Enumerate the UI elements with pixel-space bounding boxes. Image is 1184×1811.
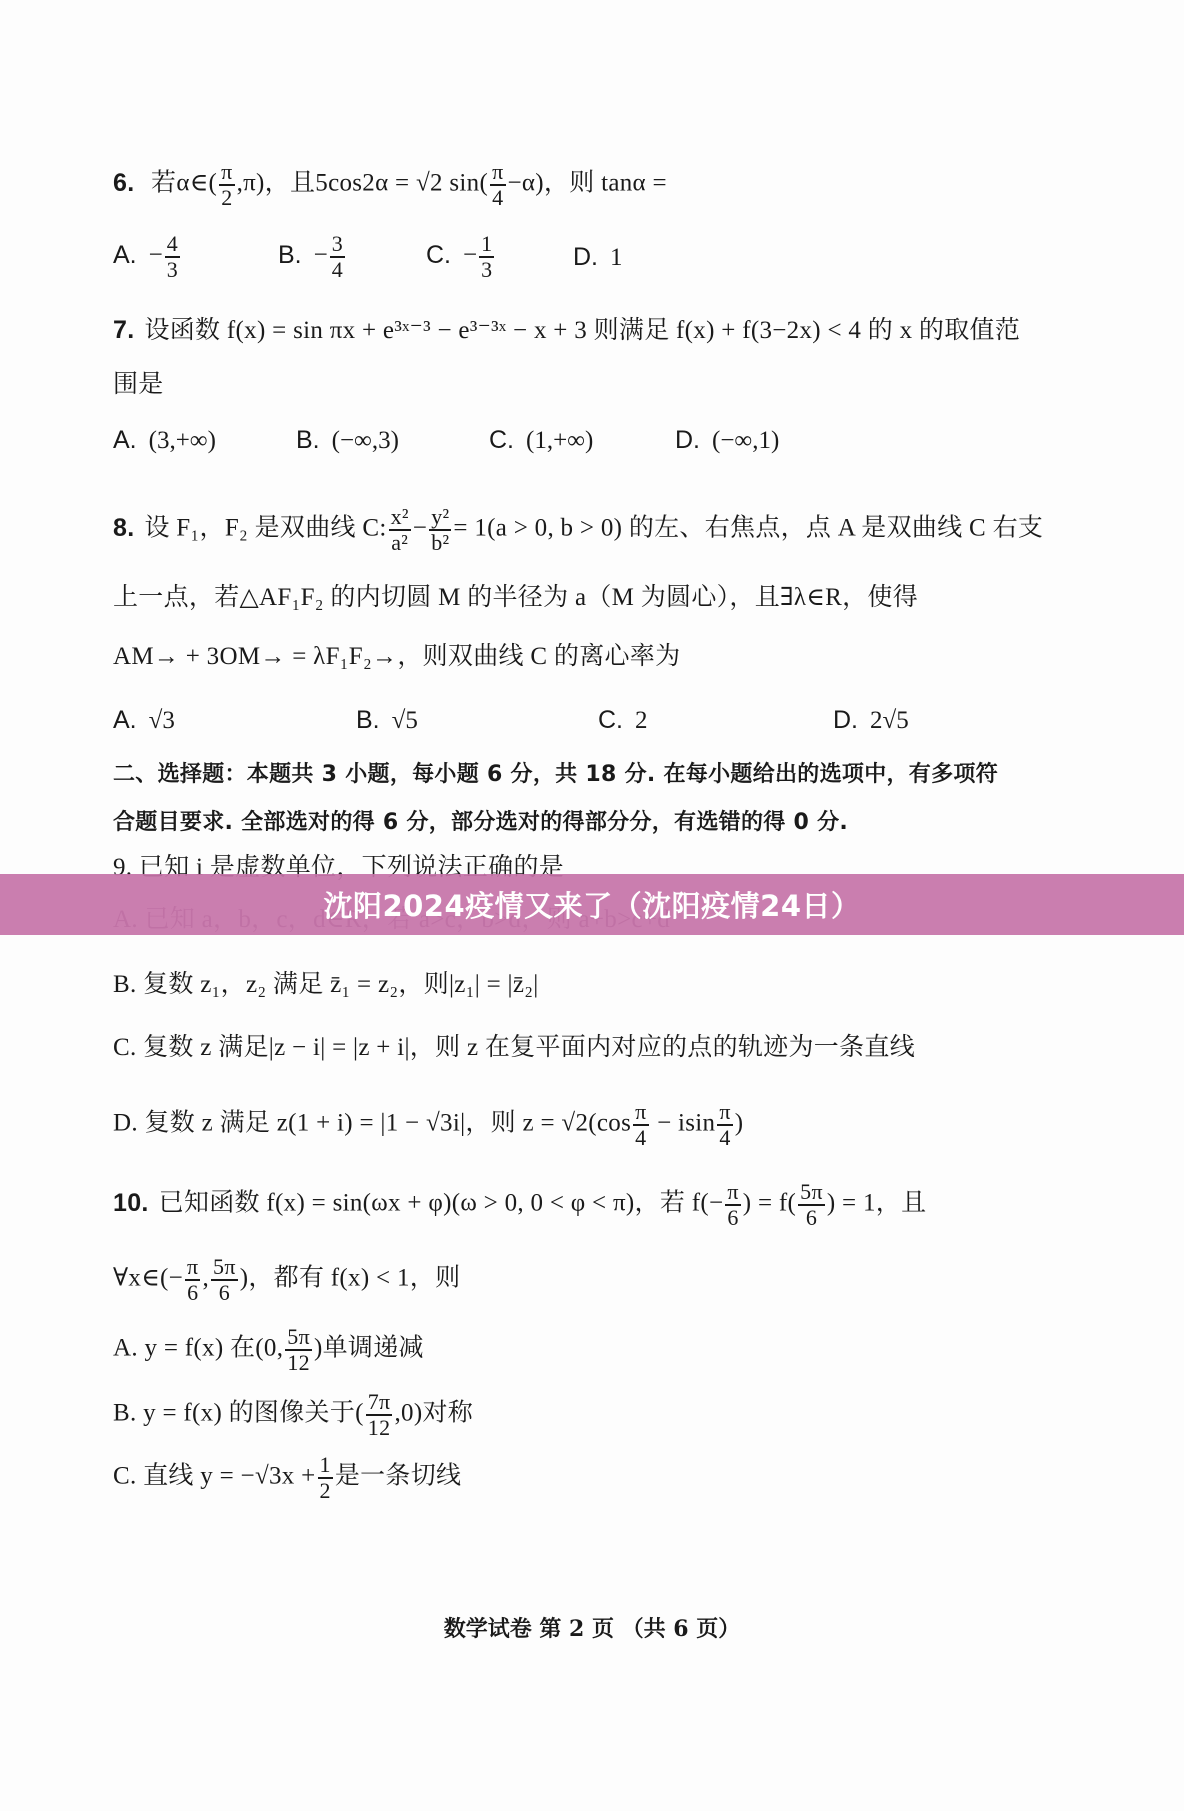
denominator: 3 [165,258,180,282]
denominator: 12 [366,1416,393,1440]
fraction: 34 [330,232,345,282]
numerator: π [717,1100,732,1126]
numerator: 5π [798,1180,825,1206]
option-value: 直线 y = −√3x + [143,1463,315,1490]
numerator: 1 [318,1453,333,1479]
section-text: 合题目要求. 全部选对的得 6 分，部分选对的得部分分，有选错的得 0 分. [113,810,848,835]
option-label: C. [489,426,514,454]
option-value: 1 [610,244,623,271]
question-9-option-c[interactable]: C. 复数 z 满足|z − i| = |z + i|，则 z 在复平面内对应的… [113,1033,915,1063]
numerator: 4 [165,232,180,258]
option-b[interactable]: B.√5 [356,705,418,736]
fraction: π4 [717,1100,732,1150]
banner-title: 沈阳2024疫情又来了（沈阳疫情24日） [323,884,860,925]
option-value: 是一条切线 [335,1463,462,1490]
option-value: 2 [635,707,648,734]
question-10-option-a[interactable]: A. y = f(x) 在(0,5π12)单调递减 [113,1325,424,1375]
option-label: D. [833,706,858,734]
denominator: 4 [717,1126,732,1150]
fraction: 12 [318,1453,333,1503]
denominator: 6 [804,1206,819,1230]
denominator: 12 [285,1351,312,1375]
section-2-instructions-cont: 合题目要求. 全部选对的得 6 分，部分选对的得部分分，有选错的得 0 分. [113,808,848,838]
stem-text: 设 F₁，F₂ 是双曲线 C: [144,515,386,542]
option-value: ,0)对称 [394,1400,473,1427]
option-value: √3 [149,707,175,734]
fraction: 43 [165,232,180,282]
denominator: 6 [185,1281,200,1305]
stem-text: 设函数 f(x) = sin πx + e³ˣ⁻³ − e³⁻³ˣ − x + … [144,317,1020,344]
option-a[interactable]: A.(3,+∞) [113,425,216,456]
option-label: C. [598,706,623,734]
numerator: π [219,160,234,186]
option-label: A. [113,1335,138,1362]
option-label: B. [278,241,302,269]
numerator: π [185,1255,200,1281]
option-value: 复数 z 满足|z − i| = |z + i|，则 z 在复平面内对应的点的轨… [143,1034,915,1061]
sign: − [463,242,477,269]
option-value: 复数 z₁，z₂ 满足 z̄₁ = z₂，则|z₁| = |z̄₂| [143,971,538,998]
stem-text: 若α∈( [151,170,217,197]
numerator: 5π [285,1325,312,1351]
numerator: 1 [479,232,494,258]
fraction: 5π6 [798,1180,825,1230]
fraction: 5π12 [285,1325,312,1375]
option-label: A. [113,426,137,454]
option-value: ) [735,1110,744,1137]
option-label: B. [113,1400,137,1427]
option-a[interactable]: A.−43 [113,232,182,282]
option-d[interactable]: D.1 [573,242,623,273]
section-2-instructions: 二、选择题：本题共 3 小题，每小题 6 分，共 18 分. 在每小题给出的选项… [113,760,998,790]
stem-text: ,π)，且5cos2α = √2 sin( [237,170,489,197]
question-9-option-b[interactable]: B. 复数 z₁，z₂ 满足 z̄₁ = z₂，则|z₁| = |z̄₂| [113,970,539,1000]
option-c[interactable]: C.2 [598,705,648,736]
fraction: y²b² [429,505,451,555]
question-7-stem-cont: 围是 [113,370,164,400]
fraction: 13 [479,232,494,282]
question-7-stem: 7.设函数 f(x) = sin πx + e³ˣ⁻³ − e³⁻³ˣ − x … [113,315,1020,346]
fraction: x²a² [389,505,411,555]
denominator: 6 [725,1206,740,1230]
option-d[interactable]: D.2√5 [833,705,909,736]
option-a[interactable]: A.√3 [113,705,175,736]
fraction: π6 [185,1255,200,1305]
option-value: y = f(x) 的图像关于( [143,1400,364,1427]
page-footer: 数学试卷 第 2 页 （共 6 页） [0,1612,1184,1643]
question-10-option-b[interactable]: B. y = f(x) 的图像关于(7π12,0)对称 [113,1390,473,1440]
numerator: 3 [330,232,345,258]
numerator: y² [429,505,451,531]
denominator: 2 [318,1479,333,1503]
question-10-stem: 10.已知函数 f(x) = sin(ωx + φ)(ω > 0, 0 < φ … [113,1180,926,1230]
section-text: 二、选择题：本题共 3 小题，每小题 6 分，共 18 分. 在每小题给出的选项… [113,762,998,787]
fraction: π4 [490,160,505,210]
question-10-option-c[interactable]: C. 直线 y = −√3x +12是一条切线 [113,1453,461,1503]
option-value: √5 [392,707,418,734]
question-6-stem: 6. 若α∈(π2,π)，且5cos2α = √2 sin(π4−α)，则 ta… [113,160,667,210]
option-label: D. [675,426,700,454]
numerator: 5π [211,1255,238,1281]
option-label: C. [426,241,451,269]
stem-text: , [202,1265,209,1292]
fraction: 7π12 [366,1390,393,1440]
option-value: 复数 z 满足 z(1 + i) = |1 − √3i|，则 z = √2(co… [144,1110,631,1137]
question-number: 8. [113,514,134,542]
stem-text: ) = 1，且 [827,1190,927,1217]
stem-text: 上一点，若△AF₁F₂ 的内切圆 M 的半径为 a（M 为圆心），且∃λ∈R，使… [113,584,918,611]
numerator: π [725,1180,740,1206]
denominator: 4 [330,258,345,282]
question-10-stem-cont: ∀x∈(−π6,5π6)，都有 f(x) < 1，则 [113,1255,460,1305]
option-value: (3,+∞) [149,427,216,454]
fraction: 5π6 [211,1255,238,1305]
denominator: 4 [490,186,505,210]
option-label: A. [113,706,137,734]
denominator: 2 [219,186,234,210]
option-label: C. [113,1463,137,1490]
stem-text: )，都有 f(x) < 1，则 [240,1265,461,1292]
option-label: B. [356,706,380,734]
numerator: x² [389,505,411,531]
option-b[interactable]: B.−34 [278,232,347,282]
stem-text: ) = f( [743,1190,796,1217]
denominator: 4 [633,1126,648,1150]
option-label: B. [113,971,137,998]
option-value: (−∞,1) [712,427,779,454]
option-value: 2√5 [870,707,909,734]
option-label: D. [573,243,598,271]
question-number: 6. [113,169,134,197]
stem-text: −α)，则 tanα = [508,170,667,197]
option-label: C. [113,1034,137,1061]
numerator: π [490,160,505,186]
numerator: π [633,1100,648,1126]
fraction: π2 [219,160,234,210]
stem-text: 围是 [113,371,164,398]
option-value: (−∞,3) [332,427,399,454]
option-label: A. [113,241,137,269]
option-c[interactable]: C.−13 [426,232,496,282]
option-b[interactable]: B.(−∞,3) [296,425,399,456]
option-d[interactable]: D.(−∞,1) [675,425,779,456]
denominator: 3 [479,258,494,282]
denominator: 6 [217,1281,232,1305]
denominator: b² [429,531,451,555]
option-value: (1,+∞) [526,427,593,454]
fraction: π6 [725,1180,740,1230]
sign: − [149,242,163,269]
option-value: y = f(x) 在(0, [144,1335,283,1362]
option-label: D. [113,1110,138,1137]
option-value: − isin [651,1110,716,1137]
question-9-option-d[interactable]: D. 复数 z 满足 z(1 + i) = |1 − √3i|，则 z = √2… [113,1100,743,1150]
option-value: )单调递减 [314,1335,424,1362]
denominator: a² [389,531,410,555]
title-banner: 沈阳2024疫情又来了（沈阳疫情24日） [0,874,1184,935]
question-number: 7. [113,316,134,344]
question-8-stem-cont2: AM→ + 3OM→ = λF₁F₂→，则双曲线 C 的离心率为 [113,642,680,672]
option-label: B. [296,426,320,454]
stem-text: = 1(a > 0, b > 0) 的左、右焦点，点 A 是双曲线 C 右支 [453,515,1043,542]
fraction: π4 [633,1100,648,1150]
question-8-stem: 8.设 F₁，F₂ 是双曲线 C:x²a²−y²b²= 1(a > 0, b >… [113,505,1043,555]
question-8-stem-cont: 上一点，若△AF₁F₂ 的内切圆 M 的半径为 a（M 为圆心），且∃λ∈R，使… [113,583,918,613]
question-number: 10. [113,1189,149,1217]
numerator: 7π [366,1390,393,1416]
sign: − [314,242,328,269]
stem-text: ∀x∈(− [113,1265,183,1292]
stem-text: 已知函数 f(x) = sin(ωx + φ)(ω > 0, 0 < φ < π… [159,1190,724,1217]
option-c[interactable]: C.(1,+∞) [489,425,593,456]
stem-text: AM→ + 3OM→ = λF₁F₂→，则双曲线 C 的离心率为 [113,643,680,670]
